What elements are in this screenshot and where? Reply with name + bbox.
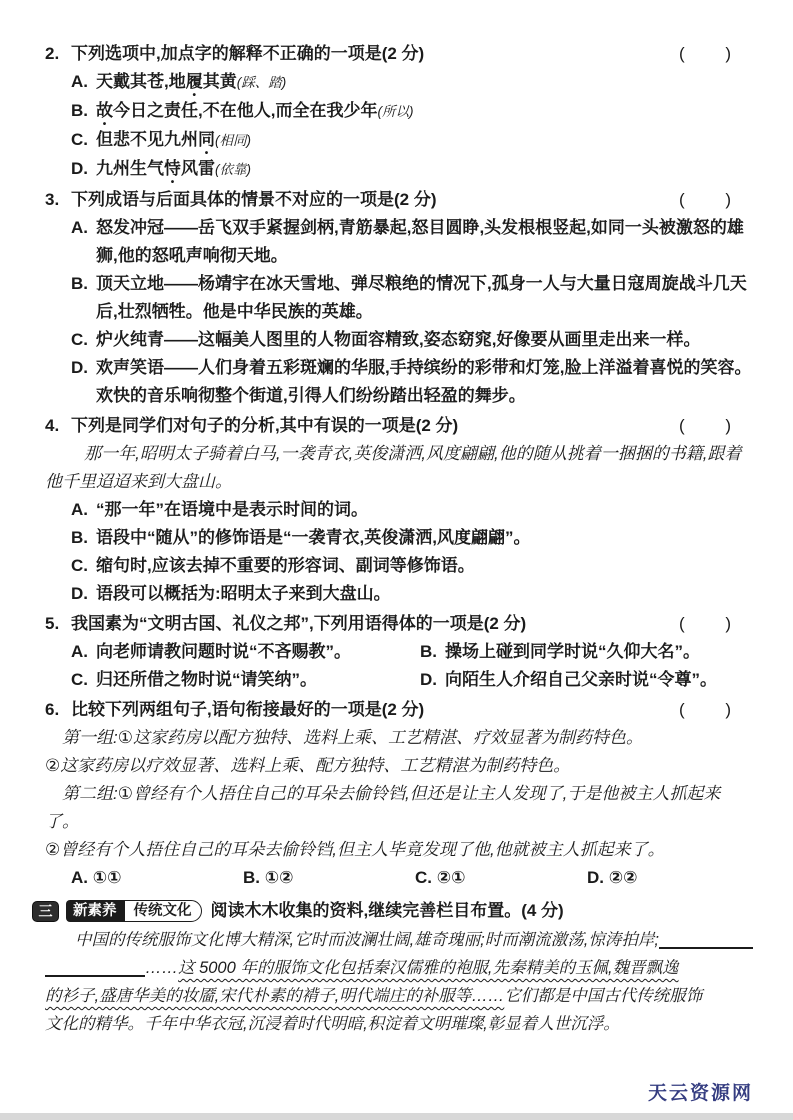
option-list: A.“那一年”在语境中是表示时间的词。B.语段中“随从”的修饰语是“一袭青衣,英… [45, 496, 753, 608]
option-label: D. [420, 666, 437, 694]
option-text: 欢声笑语——人们身着五彩斑斓的华服,手持缤纷的彩带和灯笼,脸上洋溢着喜悦的笑容。… [96, 354, 753, 410]
question-stem-text: 下列成语与后面具体的情景不对应的一项是(2 分) [71, 186, 673, 214]
wavy-underlined-text: 的衫子,盛唐华美的妆靥,宋代朴素的褙子,明代端庄的补服等…… [45, 982, 504, 1010]
option-label: D. [71, 155, 88, 184]
exam-page: 2.下列选项中,加点字的解释不正确的一项是(2 分)()A.天戴其苍,地履其黄(… [0, 0, 793, 1120]
question-stem: 6.比较下列两组句子,语句衔接最好的一项是(2 分)() [45, 696, 753, 724]
watermark: 天云资源网 [648, 1080, 753, 1108]
text-segment: (相同) [215, 133, 251, 148]
option-text: 向陌生人介绍自己父亲时说“令尊”。 [445, 666, 753, 694]
option-text: 怒发冲冠——岳飞双手紧握剑柄,青筋暴起,怒目圆睁,头发根根竖起,如同一头被激怒的… [96, 214, 753, 270]
section-passage-line: 中国的传统服饰文化博大精深,它时而波澜壮阔,雄奇瑰丽;时而潮流激荡,惊涛拍岸; [45, 926, 753, 954]
option-list: A.向老师请教问题时说“不吝赐教”。B.操场上碰到同学时说“久仰大名”。C.归还… [45, 638, 753, 694]
option-label: A. [71, 496, 88, 524]
option-text: 炉火纯青——这幅美人图里的人物面容精致,姿态窈窕,好像要从画里走出来一样。 [96, 326, 753, 354]
question-stem: 5.我国素为“文明古国、礼仪之邦”,下列用语得体的一项是(2 分)() [45, 610, 753, 638]
option-cell: A. ①① [71, 864, 243, 892]
question-stem-text: 下列是同学们对句子的分析,其中有误的一项是(2 分) [71, 412, 673, 440]
section-passage-line: 的衫子,盛唐华美的妆靥,宋代朴素的褙子,明代端庄的补服等……它们都是中国古代传统… [45, 982, 753, 1010]
option-cell: D. ②② [587, 864, 759, 892]
option-a: A.向老师请教问题时说“不吝赐教”。 [71, 638, 420, 666]
question-stem: 2.下列选项中,加点字的解释不正确的一项是(2 分)() [45, 40, 753, 68]
option-row: A. ①①B. ①②C. ②①D. ②② [45, 864, 753, 892]
dotted-character: 故 [96, 101, 113, 120]
option-b: B.语段中“随从”的修饰语是“一袭青衣,英俊潇洒,风度翩翩”。 [45, 524, 753, 552]
answer-bracket: () [679, 696, 731, 724]
question-number: 3. [45, 186, 71, 214]
option-text: 但悲不见九州同(相同) [96, 126, 753, 155]
question-2: 2.下列选项中,加点字的解释不正确的一项是(2 分)()A.天戴其苍,地履其黄(… [45, 40, 753, 184]
option-label: C. [71, 666, 88, 694]
section-header: 三 新素养 传统文化 阅读木木收集的资料,继续完善栏目布置。(4 分) [32, 896, 753, 926]
option-text: 天戴其苍,地履其黄(踩、踏) [96, 68, 753, 97]
text-segment: 其黄 [203, 72, 237, 91]
badge-traditional-culture: 传统文化 [124, 900, 202, 922]
bracket-open: ( [679, 412, 685, 440]
option-text: 语段可以概括为:昭明太子来到大盘山。 [96, 580, 753, 608]
option-text: “那一年”在语境中是表示时间的词。 [96, 496, 753, 524]
option-b: B.操场上碰到同学时说“久仰大名”。 [420, 638, 753, 666]
option-cell: B. ①② [243, 864, 415, 892]
bracket-open: ( [679, 610, 685, 638]
option-label: B. [420, 638, 437, 666]
text-segment: (所以) [377, 104, 413, 119]
dotted-character: 履 [186, 72, 203, 91]
section-3: 三 新素养 传统文化 阅读木木收集的资料,继续完善栏目布置。(4 分) 中国的传… [45, 896, 753, 1038]
option-label: C. [71, 552, 88, 580]
text-segment: 天戴其苍,地 [96, 72, 186, 91]
option-c: C.但悲不见九州同(相同) [45, 126, 753, 155]
bracket-close: ) [725, 40, 731, 68]
question-list: 2.下列选项中,加点字的解释不正确的一项是(2 分)()A.天戴其苍,地履其黄(… [45, 40, 753, 892]
option-c: C.缩句时,应该去掉不重要的形容词、副词等修饰语。 [45, 552, 753, 580]
sentence-group-line: ②这家药房以疗效显著、选料上乘、配方独特、工艺精湛为制药特色。 [45, 752, 753, 780]
option-a: A.天戴其苍,地履其黄(踩、踏) [45, 68, 753, 97]
bottom-bar [0, 1113, 793, 1120]
option-text: 向老师请教问题时说“不吝赐教”。 [96, 638, 420, 666]
sentence-group-line: ②曾经有个人捂住自己的耳朵去偷铃铛,但主人毕竟发现了他,他就被主人抓起来了。 [45, 836, 753, 864]
badge-new-literacy: 新素养 [66, 900, 124, 922]
option-list: A.天戴其苍,地履其黄(踩、踏)B.故今日之责任,不在他人,而全在我少年(所以)… [45, 68, 753, 184]
option-a: A.“那一年”在语境中是表示时间的词。 [45, 496, 753, 524]
question-3: 3.下列成语与后面具体的情景不对应的一项是(2 分)()A.怒发冲冠——岳飞双手… [45, 186, 753, 410]
question-stem-text: 比较下列两组句子,语句衔接最好的一项是(2 分) [71, 696, 673, 724]
text-segment: 它们都是中国古代传统服饰 [504, 982, 702, 1010]
fill-in-blank [659, 947, 753, 949]
text-segment: …… [145, 954, 178, 982]
option-cell: C. ②① [415, 864, 587, 892]
option-text: 九州生气恃风雷(依靠) [96, 155, 753, 184]
section-passage: 中国的传统服饰文化博大精深,它时而波澜壮阔,雄奇瑰丽;时而潮流激荡,惊涛拍岸;…… [45, 926, 753, 1038]
option-c: C.归还所借之物时说“请笑纳”。 [71, 666, 420, 694]
question-number: 6. [45, 696, 71, 724]
option-label: A. [71, 638, 88, 666]
section-badges: 新素养 传统文化 [66, 900, 202, 922]
option-label: A. [71, 68, 88, 97]
option-label: A. [71, 214, 88, 270]
fill-in-blank [45, 974, 145, 977]
text-segment: 但悲不见九州 [96, 130, 198, 149]
section-passage-line: 文化的精华。千年中华衣冠,沉浸着时代明暗,积淀着文明璀璨,彰显着人世沉浮。 [45, 1010, 753, 1038]
answer-bracket: () [679, 40, 731, 68]
question-6: 6.比较下列两组句子,语句衔接最好的一项是(2 分)()第一组:①这家药房以配方… [45, 696, 753, 892]
bracket-close: ) [725, 610, 731, 638]
section-title: 阅读木木收集的资料,继续完善栏目布置。(4 分) [211, 897, 564, 925]
option-a: A.怒发冲冠——岳飞双手紧握剑柄,青筋暴起,怒目圆睁,头发根根竖起,如同一头被激… [45, 214, 753, 270]
option-text: 语段中“随从”的修饰语是“一袭青衣,英俊潇洒,风度翩翩”。 [96, 524, 753, 552]
section-passage-line: ……这 5000 年的服饰文化包括秦汉儒雅的袍服,先秦精美的玉佩,魏晋飘逸 [45, 954, 753, 982]
bracket-close: ) [725, 186, 731, 214]
answer-bracket: () [679, 186, 731, 214]
option-text: 缩句时,应该去掉不重要的形容词、副词等修饰语。 [96, 552, 753, 580]
sentence-group-line: 第二组:①曾经有个人捂住自己的耳朵去偷铃铛,但还是让主人发现了,于是他被主人抓起… [45, 780, 753, 836]
answer-bracket: () [679, 412, 731, 440]
bracket-open: ( [679, 696, 685, 724]
text-segment: 九州生气 [96, 159, 164, 178]
bracket-open: ( [679, 40, 685, 68]
sentence-group-line: 第一组:①这家药房以配方独特、选料上乘、工艺精湛、疗效显著为制药特色。 [45, 724, 753, 752]
text-segment: (依靠) [215, 162, 251, 177]
text-segment: (踩、踏) [237, 75, 287, 90]
option-label: B. [71, 97, 88, 126]
option-d: D.欢声笑语——人们身着五彩斑斓的华服,手持缤纷的彩带和灯笼,脸上洋溢着喜悦的笑… [45, 354, 753, 410]
dotted-character: 恃 [164, 159, 181, 178]
section-number-badge: 三 [32, 901, 59, 922]
option-list: A.怒发冲冠——岳飞双手紧握剑柄,青筋暴起,怒目圆睁,头发根根竖起,如同一头被激… [45, 214, 753, 410]
text-segment: 中国的传统服饰文化博大精深,它时而波澜壮阔,雄奇瑰丽;时而潮流激荡,惊涛拍岸; [75, 926, 659, 954]
question-stem: 3.下列成语与后面具体的情景不对应的一项是(2 分)() [45, 186, 753, 214]
option-d: D.语段可以概括为:昭明太子来到大盘山。 [45, 580, 753, 608]
option-label: D. [71, 580, 88, 608]
option-label: C. [71, 326, 88, 354]
question-passage: 那一年,昭明太子骑着白马,一袭青衣,英俊潇洒,风度翩翩,他的随从挑着一捆捆的书籍… [45, 440, 753, 496]
option-label: B. [71, 270, 88, 326]
text-segment: 今日之责任,不在他人,而全在我少年 [113, 101, 377, 120]
text-segment: 风雷 [181, 159, 215, 178]
option-b: B.顶天立地——杨靖宇在冰天雪地、弹尽粮绝的情况下,孤身一人与大量日寇周旋战斗几… [45, 270, 753, 326]
bracket-open: ( [679, 186, 685, 214]
wavy-underlined-text: 这 5000 年的服饰文化包括秦汉儒雅的袍服,先秦精美的玉佩,魏晋飘逸 [178, 954, 679, 982]
option-text: 操场上碰到同学时说“久仰大名”。 [445, 638, 753, 666]
question-stem-text: 下列选项中,加点字的解释不正确的一项是(2 分) [71, 40, 673, 68]
bracket-close: ) [725, 696, 731, 724]
option-c: C.炉火纯青——这幅美人图里的人物面容精致,姿态窈窕,好像要从画里走出来一样。 [45, 326, 753, 354]
dotted-character: 同 [198, 130, 215, 149]
option-text: 归还所借之物时说“请笑纳”。 [96, 666, 420, 694]
option-label: B. [71, 524, 88, 552]
text-segment: 文化的精华。千年中华衣冠,沉浸着时代明暗,积淀着文明璀璨,彰显着人世沉浮。 [45, 1010, 620, 1038]
option-d: D.九州生气恃风雷(依靠) [45, 155, 753, 184]
option-label: C. [71, 126, 88, 155]
question-number: 2. [45, 40, 71, 68]
question-number: 4. [45, 412, 71, 440]
answer-bracket: () [679, 610, 731, 638]
option-text: 顶天立地——杨靖宇在冰天雪地、弹尽粮绝的情况下,孤身一人与大量日寇周旋战斗几天后… [96, 270, 753, 326]
option-text: 故今日之责任,不在他人,而全在我少年(所以) [96, 97, 753, 126]
option-label: D. [71, 354, 88, 410]
question-4: 4.下列是同学们对句子的分析,其中有误的一项是(2 分)()那一年,昭明太子骑着… [45, 412, 753, 608]
question-5: 5.我国素为“文明古国、礼仪之邦”,下列用语得体的一项是(2 分)()A.向老师… [45, 610, 753, 694]
option-d: D.向陌生人介绍自己父亲时说“令尊”。 [420, 666, 753, 694]
option-b: B.故今日之责任,不在他人,而全在我少年(所以) [45, 97, 753, 126]
question-stem-text: 我国素为“文明古国、礼仪之邦”,下列用语得体的一项是(2 分) [71, 610, 673, 638]
bracket-close: ) [725, 412, 731, 440]
question-number: 5. [45, 610, 71, 638]
question-stem: 4.下列是同学们对句子的分析,其中有误的一项是(2 分)() [45, 412, 753, 440]
